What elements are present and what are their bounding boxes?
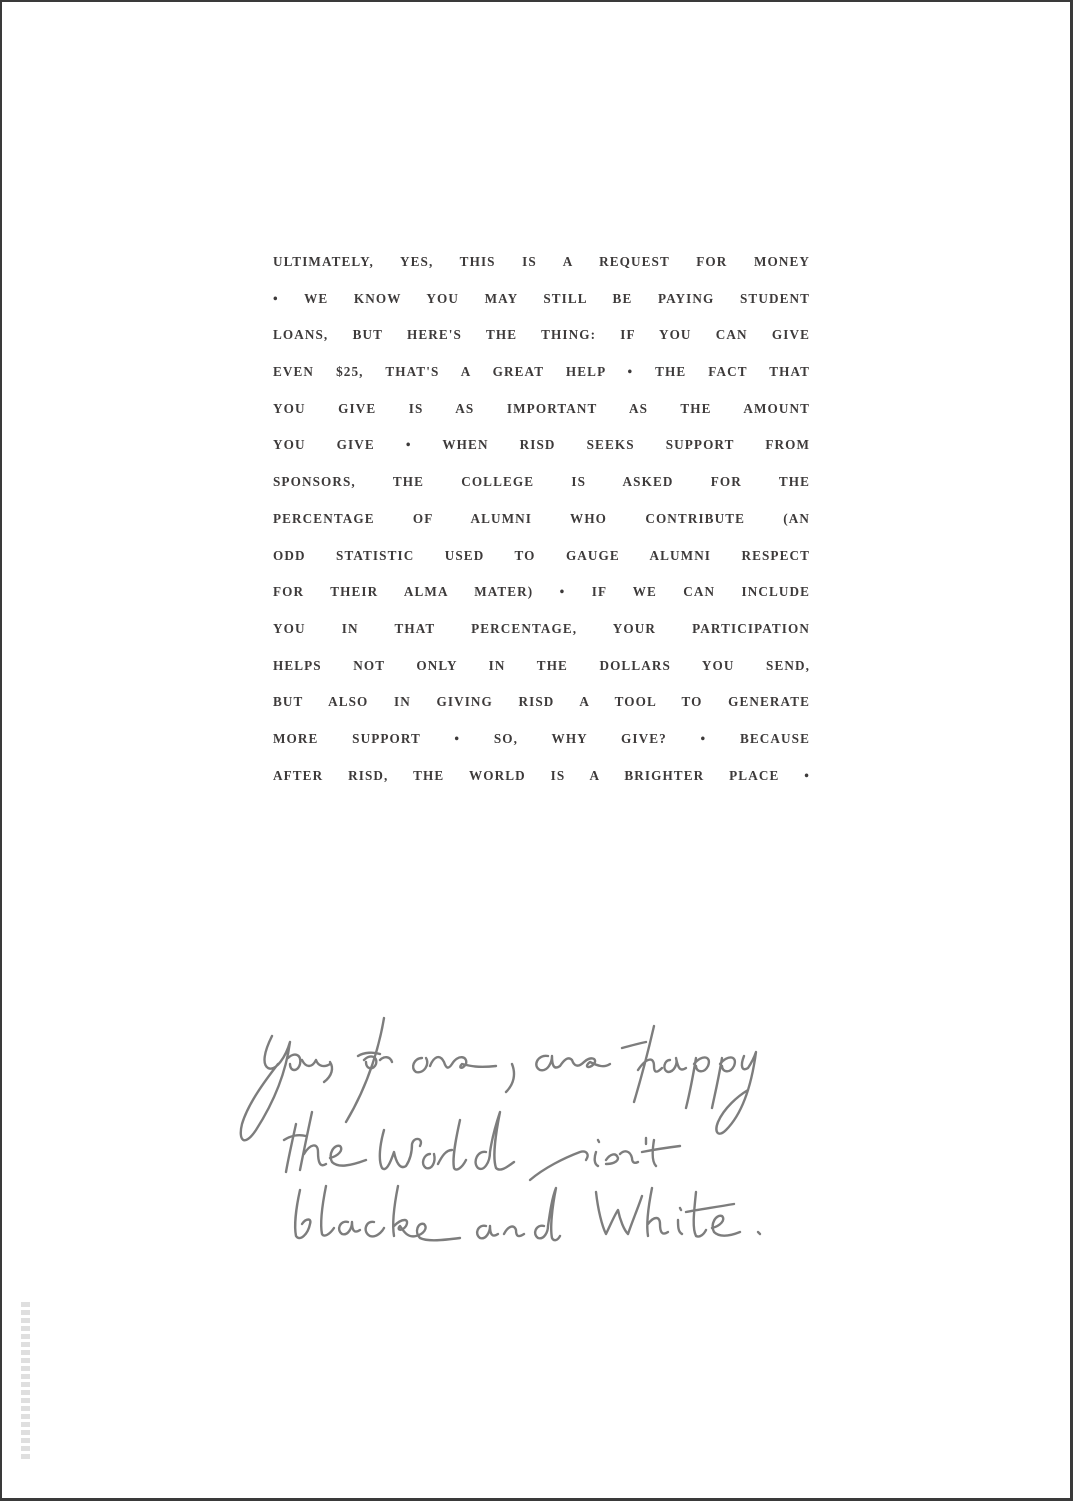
side-credit-text <box>21 1302 30 1462</box>
handwritten-note: You, for one, are happy the world isn't … <box>234 1012 854 1272</box>
body-copy-line: sponsors, the college is asked for the <box>273 471 810 508</box>
body-copy-line: • we know you may still be paying studen… <box>273 288 810 325</box>
body-copy-line: even $25, that's a great help • the fact… <box>273 361 810 398</box>
body-copy-line: loans, but here's the thing: if you can … <box>273 324 810 361</box>
body-copy-line: you in that percentage, your participati… <box>273 618 810 655</box>
handwriting-strokes <box>234 1012 854 1272</box>
body-copy-line: you give • when risd seeks support from <box>273 434 810 471</box>
body-copy-line: but also in giving risd a tool to genera… <box>273 691 810 728</box>
body-copy-line: helps not only in the dollars you send, <box>273 655 810 692</box>
body-copy-line: ultimately, yes, this is a request for m… <box>273 251 810 288</box>
body-copy: ultimately, yes, this is a request for m… <box>273 251 810 801</box>
body-copy-line: percentage of alumni who contribute (an <box>273 508 810 545</box>
body-copy-line: after risd, the world is a brighter plac… <box>273 765 810 802</box>
body-copy-line: you give is as important as the amount <box>273 398 810 435</box>
body-copy-line: odd statistic used to gauge alumni respe… <box>273 545 810 582</box>
body-copy-line: more support • so, why give? • because <box>273 728 810 765</box>
document-page: ultimately, yes, this is a request for m… <box>0 0 1073 1501</box>
body-copy-line: for their alma mater) • if we can includ… <box>273 581 810 618</box>
